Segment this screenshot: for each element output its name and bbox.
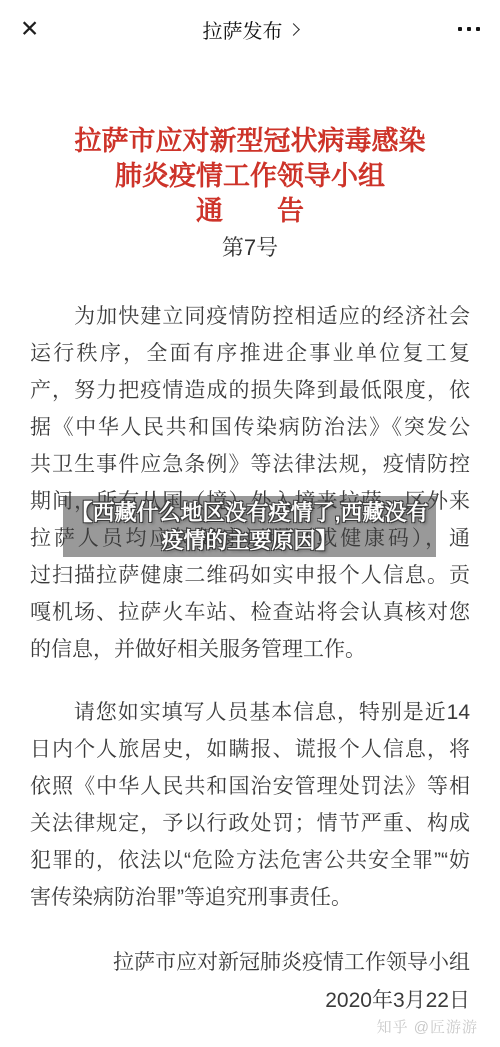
notice-line: 请您如实填写人员基本信息，特别是近14: [30, 694, 470, 731]
notice-line: 共卫生事件应急条例》等法律法规，疫情防控: [30, 446, 470, 483]
watermark: 知乎 @匠游游: [377, 1016, 478, 1037]
notice-number: 第7号: [30, 233, 470, 263]
caption-line2: 疫情的主要原因】: [161, 527, 337, 555]
notice-line: 害传染病防治罪”等追究刑事责任。: [30, 879, 470, 916]
notice-line: 的信息，并做好相关服务管理工作。: [30, 631, 470, 668]
notice-line: 嘎机场、拉萨火车站、检查站将会认真核对您: [30, 594, 470, 631]
caption-line1: 【西藏什么地区没有疫情了,西藏没有: [70, 499, 428, 527]
more-icon[interactable]: [454, 23, 484, 35]
notice-signature-block: 拉萨市应对新冠肺炎疫情工作领导小组 2020年3月22日: [30, 944, 470, 1020]
notice-signature: 拉萨市应对新冠肺炎疫情工作领导小组: [30, 944, 470, 982]
close-icon[interactable]: ✕: [16, 16, 43, 43]
caption-overlay: 【西藏什么地区没有疫情了,西藏没有 疫情的主要原因】: [63, 496, 436, 557]
account-title[interactable]: 拉萨发布: [203, 15, 298, 44]
notice-date: 2020年3月22日: [30, 982, 470, 1020]
notice-line: 日内个人旅居史，如瞒报、谎报个人信息，将: [30, 731, 470, 768]
notice-line: 产，努力把疫情造成的损失降到最低限度，依: [30, 372, 470, 409]
notice-paragraph-2: 请您如实填写人员基本信息，特别是近14 日内个人旅居史，如瞒报、谎报个人信息，将…: [30, 694, 470, 916]
account-title-label: 拉萨发布: [203, 15, 283, 44]
app-header: ✕ 拉萨发布: [0, 0, 500, 58]
notice-title-tonggao: 通 告: [30, 194, 470, 229]
chevron-right-icon: [287, 23, 300, 36]
notice-line: 依照《中华人民共和国治安管理处罚法》等相: [30, 768, 470, 805]
notice-line: 关法律规定，予以行政处罚；情节严重、构成: [30, 805, 470, 842]
notice-line: 据《中华人民共和国传染病防治法》《突发公: [30, 409, 470, 446]
notice-line: 运行秩序，全面有序推进企事业单位复工复: [30, 335, 470, 372]
notice-line: 为加快建立同疫情防控相适应的经济社会: [30, 298, 470, 335]
notice-paragraph-1: 为加快建立同疫情防控相适应的经济社会 运行秩序，全面有序推进企事业单位复工复 产…: [30, 298, 470, 668]
notice-title-line2: 肺炎疫情工作领导小组: [30, 159, 470, 194]
notice-line: 过扫描拉萨健康二维码如实申报个人信息。贡: [30, 557, 470, 594]
notice-title-line1: 拉萨市应对新型冠状病毒感染: [30, 124, 470, 159]
notice-line: 犯罪的，依法以“危险方法危害公共安全罪”“妨: [30, 842, 470, 879]
notice-document: 拉萨市应对新型冠状病毒感染 肺炎疫情工作领导小组 通 告 第7号 为加快建立同疫…: [30, 124, 470, 1020]
